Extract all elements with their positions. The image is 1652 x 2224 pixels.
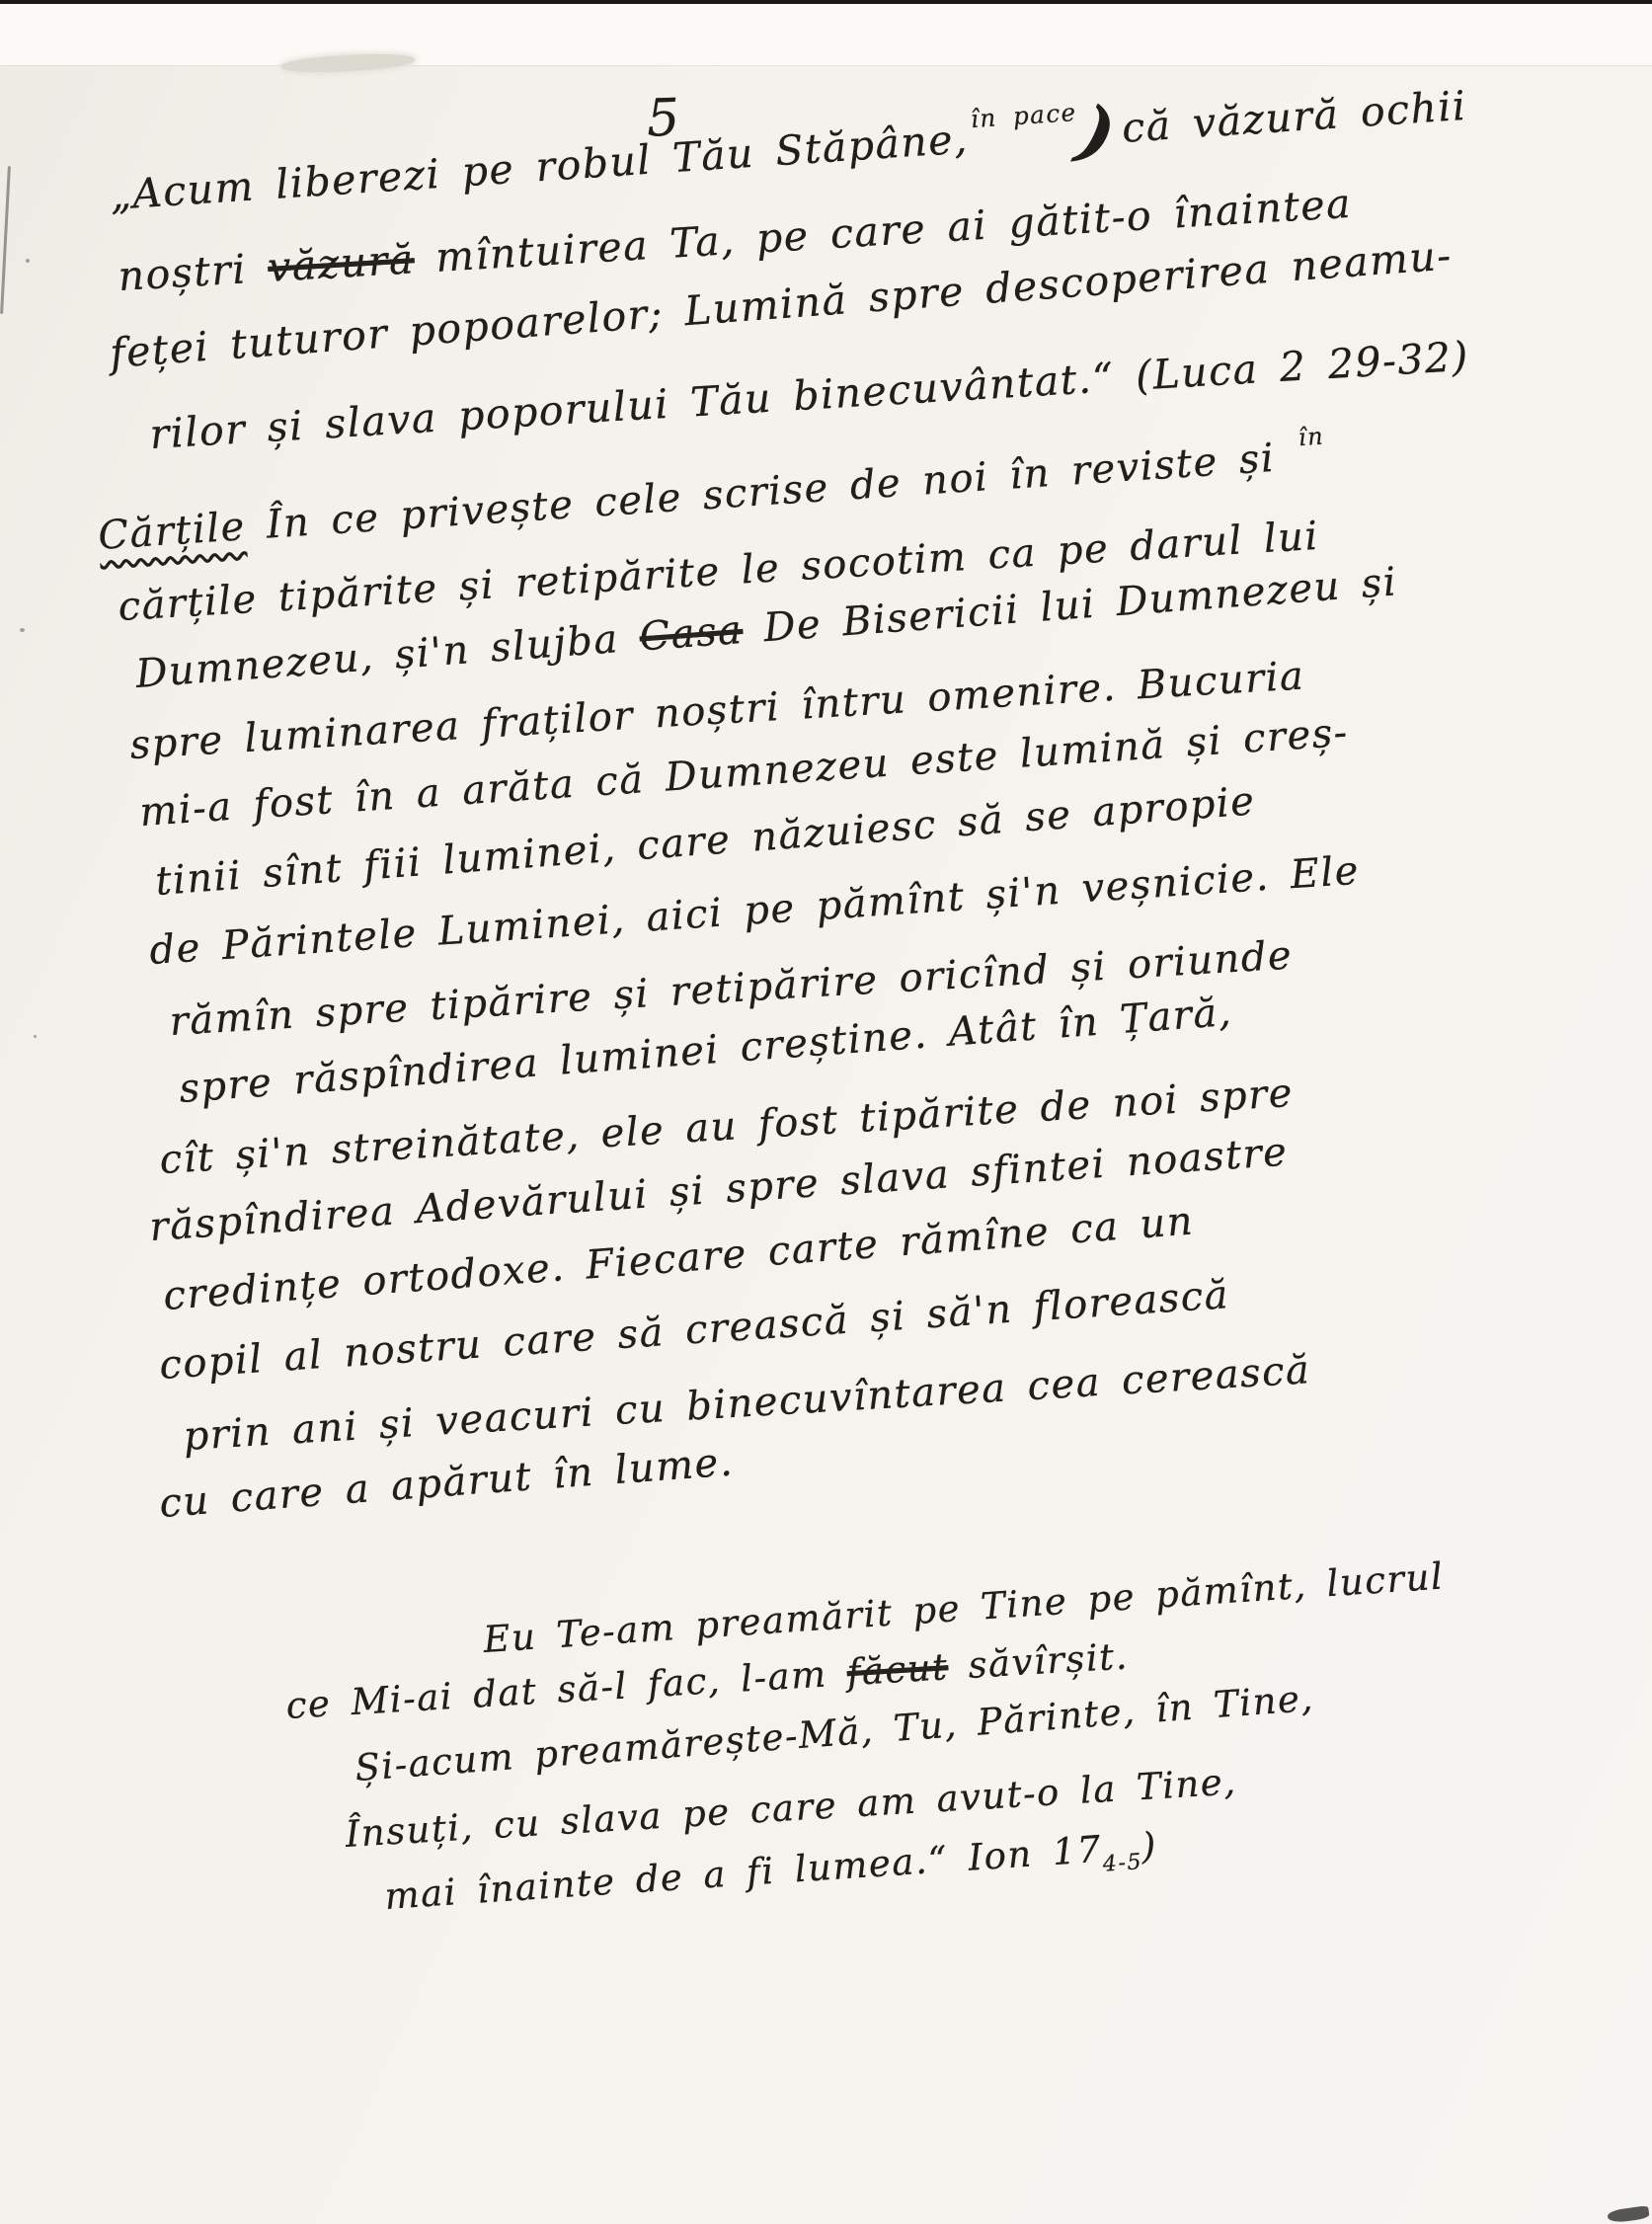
inserted-word: în pace [970,98,1077,133]
scan-corner-smudge [1607,2205,1649,2224]
struck-word: Casa [638,607,745,661]
scan-speck [20,628,25,632]
text-run: ) [1141,1824,1159,1867]
scan-speck [34,1035,37,1038]
scan-top-band [0,4,1652,66]
inserted-word: în [1298,423,1325,452]
scanned-page: 5 „Acum liberezi pe robul Tău Stăpâne,în… [0,0,1652,2224]
paragraph-body-text: Cărțile În ce privește cele scrise de no… [99,502,1401,1539]
scan-speck [26,259,30,263]
insertion-caret: ) [1071,91,1124,176]
text-run: noștri [117,244,269,300]
paragraph-john-quote: Eu Te-am preamărit pe Tine pe pămînt, lu… [109,1608,1447,1929]
text-run: săvîrșit. [947,1634,1130,1688]
scan-scratch [0,166,11,314]
underlined-word: Cărțile [97,504,247,559]
text-run: (Luca 2 29-32) [1135,333,1471,400]
verse-numbers: 4-5 [1102,1849,1143,1877]
struck-word: făcut [845,1645,949,1694]
text-run: că văzură ochii [1121,82,1468,152]
text-run: Ion 17 [967,1828,1103,1879]
struck-word: văzură [267,235,416,291]
